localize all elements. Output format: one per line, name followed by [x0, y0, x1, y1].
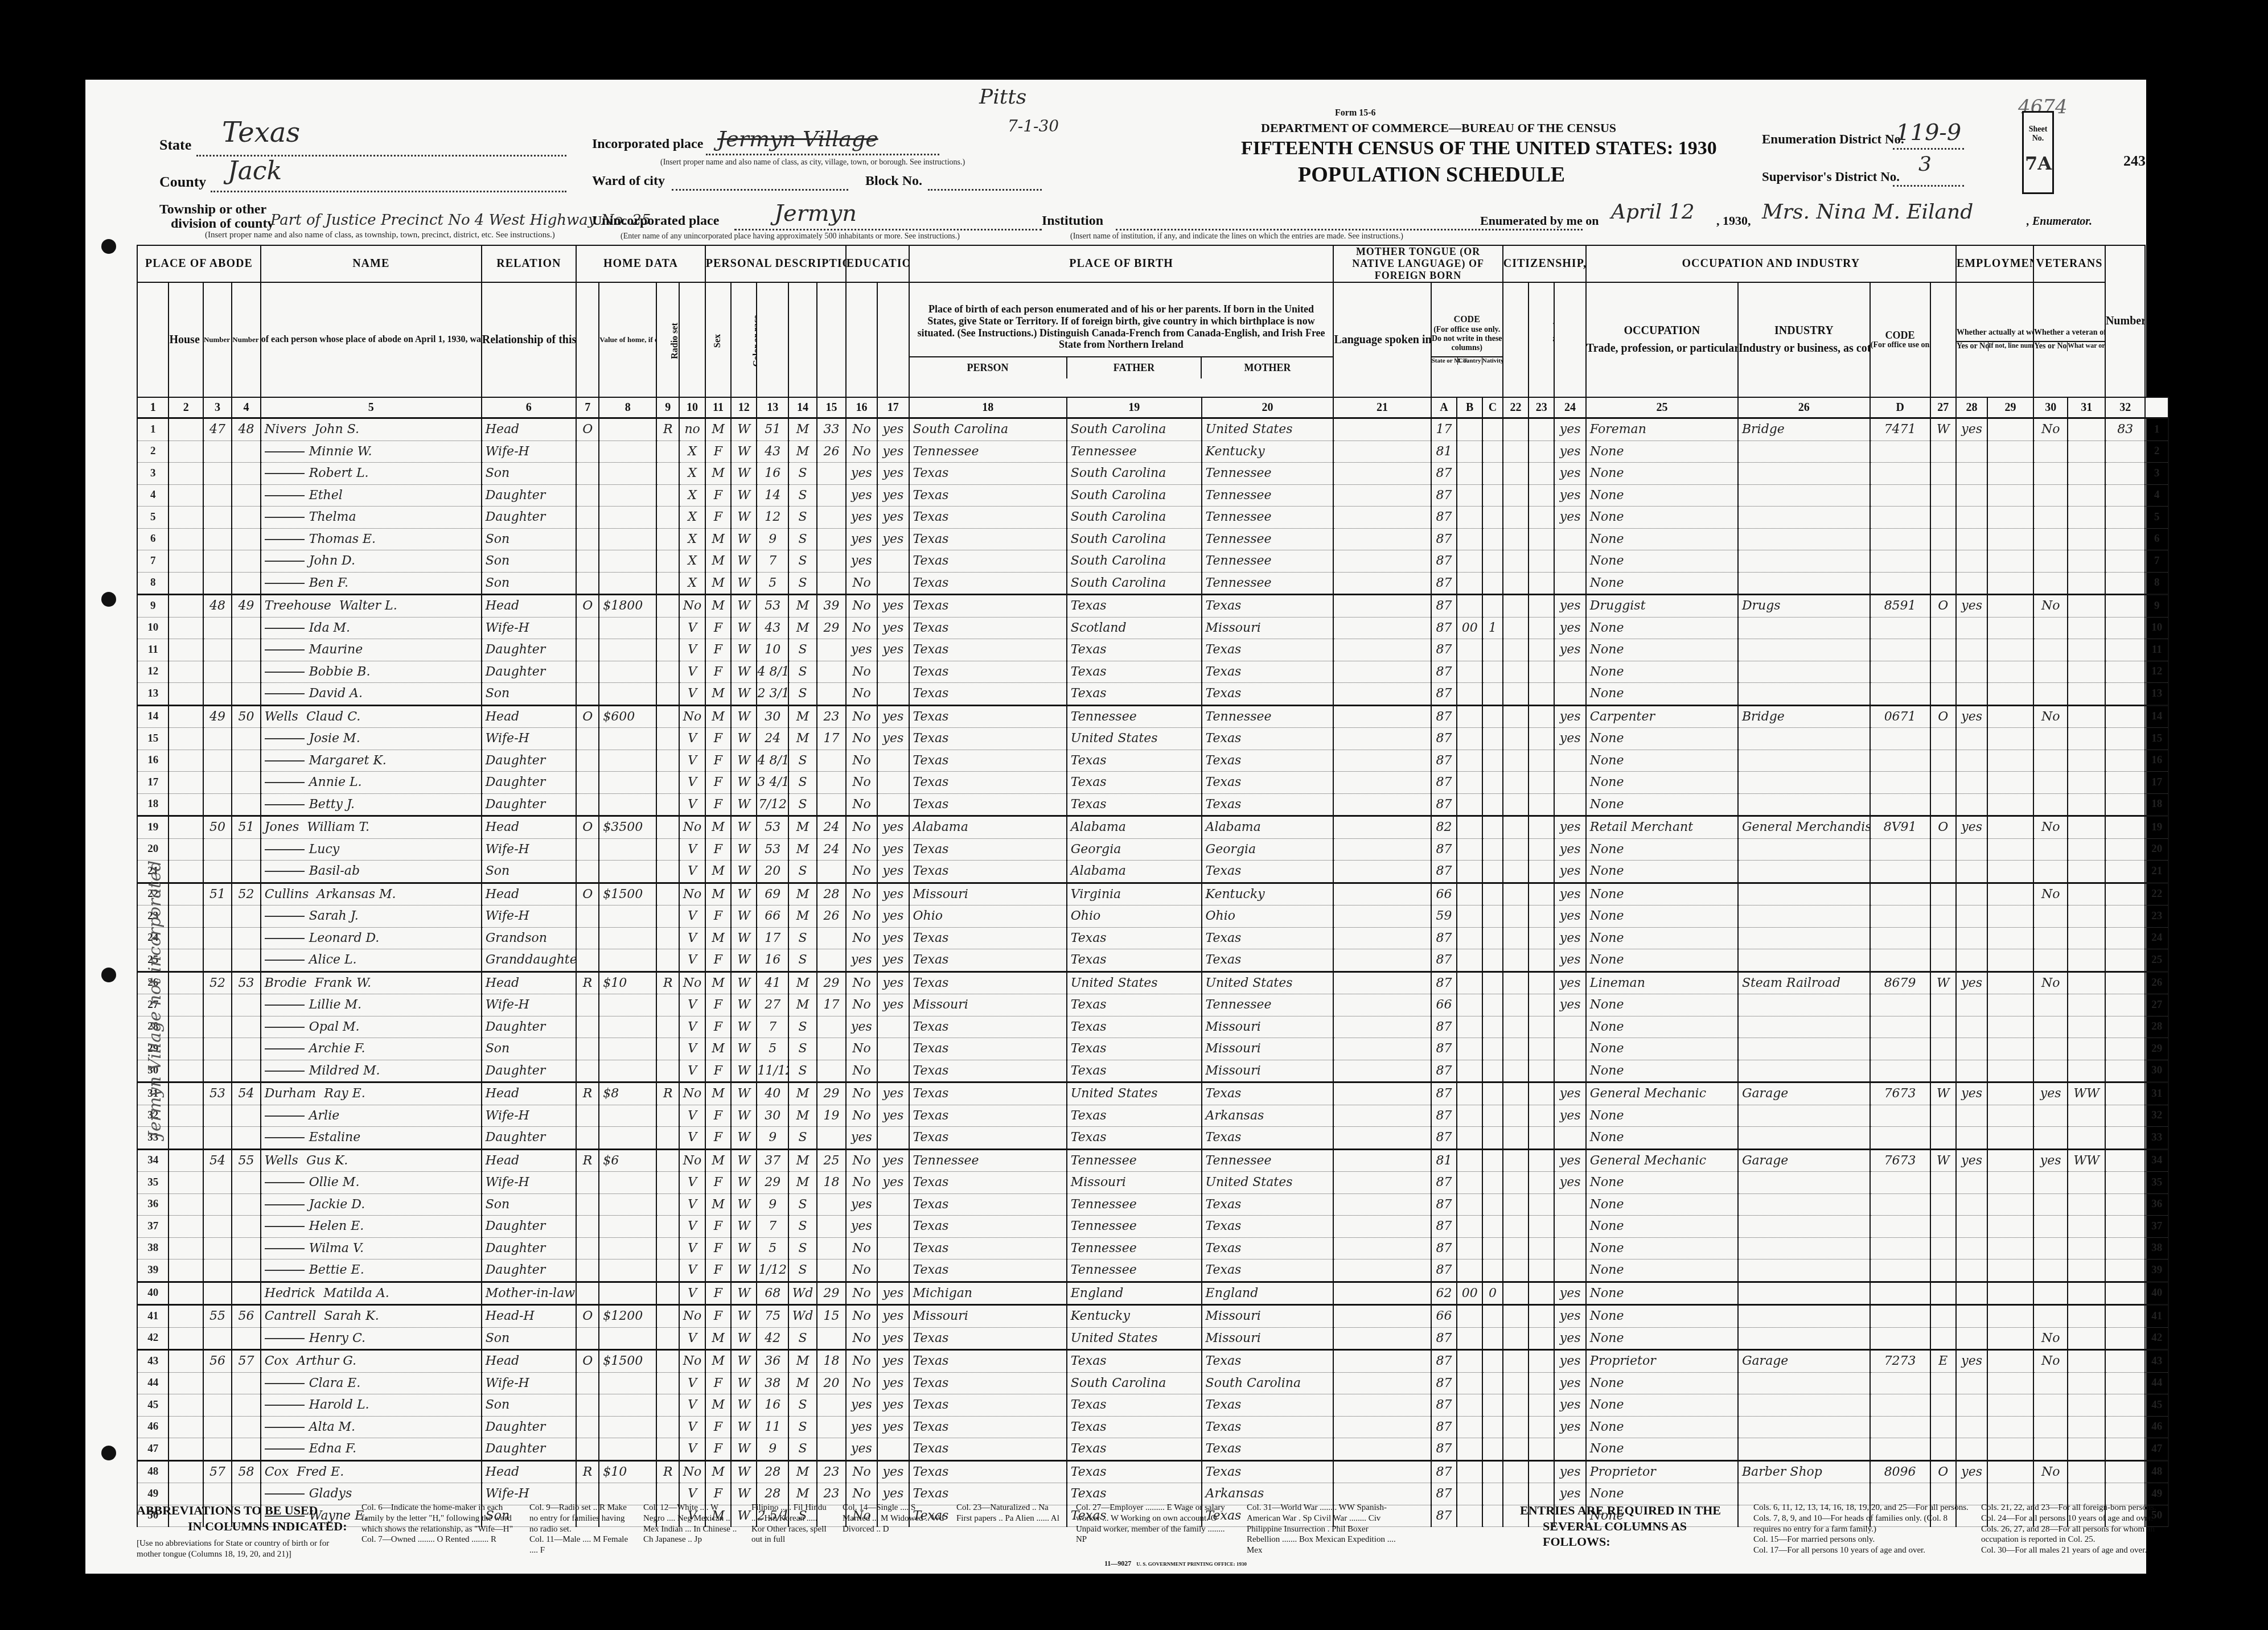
line-number-right: 28	[2145, 1016, 2168, 1038]
ditto-dash	[265, 804, 305, 805]
cell-school: yes	[846, 1416, 877, 1438]
cell-language	[1333, 617, 1431, 639]
cell-family: 54	[232, 1082, 260, 1105]
cell-industry	[1738, 994, 1870, 1016]
cell-farm: V	[679, 905, 705, 928]
cell-occupation: None	[1586, 793, 1738, 816]
cell-farm-sched	[2105, 905, 2146, 928]
cell-class	[1930, 1216, 1956, 1238]
line-number-right: 5	[2145, 507, 2168, 529]
cell-farm-sched	[2105, 1350, 2146, 1373]
cell-english: yes	[1554, 507, 1585, 529]
cell-occupation: None	[1586, 1193, 1738, 1216]
cell-pob-father: United States	[1067, 972, 1202, 994]
cell-pob-mother: Georgia	[1202, 838, 1334, 861]
cell-pob-mother: Texas	[1202, 1216, 1334, 1238]
cell-pob: Texas	[909, 1172, 1067, 1194]
cell-at-work	[1956, 528, 1987, 550]
cell-race: W	[731, 1327, 757, 1350]
cell-pob: Texas	[909, 617, 1067, 639]
cell-value	[599, 661, 656, 683]
cell-unemp	[1987, 705, 2033, 728]
cell-age-marr	[817, 528, 845, 550]
cell-class	[1930, 1038, 1956, 1060]
cell-age: 16	[757, 463, 788, 485]
cell-relation: Son	[482, 1327, 576, 1350]
cell-read	[877, 683, 909, 706]
cell-dwelling	[203, 1105, 232, 1127]
cell-at-work	[1956, 1216, 1987, 1238]
cell-value	[599, 1038, 656, 1060]
cell-race: W	[731, 1060, 757, 1082]
cell-family	[232, 1216, 260, 1238]
cell-age-marr	[817, 1038, 845, 1060]
cell-owned	[576, 1327, 599, 1350]
cell-radio	[656, 994, 679, 1016]
cell-war	[2068, 816, 2105, 839]
cell-pob-father: Texas	[1067, 661, 1202, 683]
entries-block-2: Cols. 21, 22, and 23—For all foreign-bor…	[1981, 1503, 2175, 1556]
cell-natur	[1529, 838, 1554, 861]
cell-family	[232, 1483, 260, 1505]
cell-occupation: None	[1586, 1237, 1738, 1259]
surname: Treehouse	[265, 599, 331, 613]
cell-pob: Texas	[909, 1105, 1067, 1127]
cell-school: yes	[846, 1193, 877, 1216]
cell-class	[1930, 572, 1956, 595]
cell-house	[169, 750, 203, 772]
cell-family	[232, 550, 260, 573]
given-name: Alice L.	[309, 953, 357, 967]
cell-code-d: 7673	[1870, 1149, 1930, 1172]
cell-sex: M	[705, 595, 731, 618]
cell-code-d	[1870, 1372, 1930, 1394]
cell-family	[232, 1282, 260, 1305]
cell-code-c	[1482, 1350, 1502, 1373]
ditto-dash	[265, 517, 305, 518]
column-number: D	[1870, 397, 1930, 418]
cell-war	[2068, 572, 2105, 595]
cell-relation: Daughter	[482, 1216, 576, 1238]
cell-natur	[1529, 1350, 1554, 1373]
cell-immig	[1503, 418, 1529, 441]
cell-unemp	[1987, 772, 2033, 794]
cell-value	[599, 1127, 656, 1150]
line-number-right: 38	[2145, 1237, 2168, 1259]
cell-school: No	[846, 1038, 877, 1060]
cell-owned	[576, 1483, 599, 1505]
cell-unemp	[1987, 793, 2033, 816]
cell-read: yes	[877, 1082, 909, 1105]
cell-code-c	[1482, 595, 1502, 618]
cell-industry	[1738, 528, 1870, 550]
cell-read: yes	[877, 1282, 909, 1305]
cell-farm: V	[679, 1038, 705, 1060]
cell-language	[1333, 905, 1431, 928]
cell-value: $1500	[599, 1350, 656, 1373]
cell-industry	[1738, 772, 1870, 794]
cell-natur	[1529, 1237, 1554, 1259]
given-name: Bobbie B.	[309, 665, 371, 679]
cell-farm: X	[679, 572, 705, 595]
cell-farm: V	[679, 861, 705, 883]
cell-vet	[2033, 1416, 2068, 1438]
cell-read: yes	[877, 949, 909, 972]
cell-value	[599, 994, 656, 1016]
cell-at-work	[1956, 1372, 1987, 1394]
cell-class	[1930, 1193, 1956, 1216]
abbr-col6: Col. 6—Indicate the home-maker in each f…	[361, 1503, 515, 1545]
cell-farm: No	[679, 595, 705, 618]
cell-class	[1930, 1282, 1956, 1305]
cell-english: yes	[1554, 972, 1585, 994]
cell-owned	[576, 1172, 599, 1194]
cell-vet: No	[2033, 418, 2068, 441]
cell-farm: V	[679, 1438, 705, 1461]
line-number: 36	[137, 1193, 169, 1216]
cell-war	[2068, 1016, 2105, 1038]
cell-at-work	[1956, 617, 1987, 639]
cell-farm: V	[679, 750, 705, 772]
cell-natur	[1529, 507, 1554, 529]
cell-farm: V	[679, 1327, 705, 1350]
cell-farm-sched: 83	[2105, 418, 2146, 441]
ward-line	[672, 189, 848, 191]
column-number: 18	[909, 397, 1067, 418]
cell-war	[2068, 418, 2105, 441]
cell-owned: O	[576, 418, 599, 441]
column-number: 7	[576, 397, 599, 418]
cell-radio	[656, 1305, 679, 1328]
cell-sex: M	[705, 572, 731, 595]
punch-hole	[101, 968, 116, 982]
cell-code-b	[1457, 550, 1482, 573]
cell-family	[232, 1038, 260, 1060]
cell-industry	[1738, 1237, 1870, 1259]
cell-owned	[576, 949, 599, 972]
header-read-write: Whether able to read and write	[877, 282, 909, 397]
cell-farm: V	[679, 994, 705, 1016]
cell-code-a: 87	[1431, 972, 1457, 994]
cell-occupation: None	[1586, 1038, 1738, 1060]
cell-read: yes	[877, 816, 909, 839]
given-name: Jackie D.	[309, 1197, 365, 1212]
cell-war	[2068, 883, 2105, 905]
cell-dwelling	[203, 1416, 232, 1438]
cell-marital: S	[788, 507, 817, 529]
line-number-right: 18	[2145, 793, 2168, 816]
header-age-marriage: Age at first marriage	[817, 282, 845, 397]
cell-value	[599, 507, 656, 529]
line-number-right: 13	[2145, 683, 2168, 706]
surname: Nivers	[265, 422, 307, 437]
cell-language	[1333, 463, 1431, 485]
cell-read: yes	[877, 528, 909, 550]
cell-radio	[656, 1438, 679, 1461]
cell-english	[1554, 1060, 1585, 1082]
cell-age-marr: 15	[817, 1305, 845, 1328]
cell-code-b	[1457, 1172, 1482, 1194]
cell-code-d	[1870, 572, 1930, 595]
cell-farm-sched	[2105, 1172, 2146, 1194]
cell-immig	[1503, 463, 1529, 485]
enumerator-name: Mrs. Nina M. Eiland	[1762, 200, 1973, 224]
table-row: 25Alice L.GranddaughterVFW16SyesyesTexas…	[137, 949, 2168, 972]
cell-pob: Alabama	[909, 816, 1067, 839]
cell-code-b	[1457, 772, 1482, 794]
township-note: (Insert proper name and also name of cla…	[205, 230, 555, 240]
column-number: A	[1431, 397, 1457, 418]
cell-owned	[576, 927, 599, 949]
cell-class: O	[1930, 1460, 1956, 1483]
cell-code-a: 87	[1431, 1016, 1457, 1038]
incorporated-note: (Insert proper name and also name of cla…	[660, 158, 965, 167]
cell-marital: S	[788, 528, 817, 550]
cell-dwelling: 49	[203, 705, 232, 728]
line-number: 11	[137, 639, 169, 661]
cell-language	[1333, 1460, 1431, 1483]
cell-immig	[1503, 1259, 1529, 1282]
cell-read	[877, 1438, 909, 1461]
cell-value	[599, 683, 656, 706]
cell-natur	[1529, 883, 1554, 905]
cell-age: 36	[757, 1350, 788, 1373]
abbr-col9: Col. 9—Radio set .. R Make no entry for …	[529, 1503, 629, 1556]
table-row: 13David A.SonVMW2 3/12SNoTexasTexasTexas…	[137, 683, 2168, 706]
cell-pob: Texas	[909, 1193, 1067, 1216]
schedule-title: POPULATION SCHEDULE	[1298, 162, 1565, 187]
cell-pob: Texas	[909, 1237, 1067, 1259]
cell-occupation: None	[1586, 1127, 1738, 1150]
cell-school: yes	[846, 1438, 877, 1461]
header-age: Age at last birthday	[757, 282, 788, 397]
cell-race: W	[731, 1216, 757, 1238]
header-pob-instructions: Place of birth of each person enumerated…	[909, 282, 1334, 397]
cell-english: yes	[1554, 1350, 1585, 1373]
table-row: 15Josie M.Wife-HVFW24M17NoyesTexasUnited…	[137, 728, 2168, 750]
cell-house	[169, 972, 203, 994]
cell-pob-mother: Kentucky	[1202, 441, 1334, 463]
header-naturalization: Naturalization	[1529, 282, 1554, 397]
ditto-dash	[265, 451, 305, 452]
cell-owned	[576, 1016, 599, 1038]
cell-marital: M	[788, 1483, 817, 1505]
cell-english: yes	[1554, 617, 1585, 639]
township-label-1: Township or other	[159, 202, 266, 217]
line-number: 48	[137, 1460, 169, 1483]
cell-farm-sched	[2105, 1394, 2146, 1417]
cell-war	[2068, 1350, 2105, 1373]
cell-vet: No	[2033, 595, 2068, 618]
line-number: 7	[137, 550, 169, 573]
line-number: 8	[137, 572, 169, 595]
cell-relation: Granddaughter	[482, 949, 576, 972]
person-name: John D.	[261, 550, 482, 573]
cell-farm-sched	[2105, 617, 2146, 639]
cell-farm: V	[679, 949, 705, 972]
cell-code-c	[1482, 683, 1502, 706]
cell-family	[232, 441, 260, 463]
cell-war	[2068, 1483, 2105, 1505]
cell-immig	[1503, 1372, 1529, 1394]
column-number: 27	[1930, 397, 1956, 418]
cell-code-b	[1457, 994, 1482, 1016]
cell-pob: Tennessee	[909, 441, 1067, 463]
cell-natur	[1529, 972, 1554, 994]
cell-vet	[2033, 1016, 2068, 1038]
cell-value	[599, 550, 656, 573]
cell-immig	[1503, 1016, 1529, 1038]
line-number-right: 46	[2145, 1416, 2168, 1438]
cell-age-marr	[817, 572, 845, 595]
given-name: William T.	[307, 820, 369, 834]
cell-family	[232, 484, 260, 507]
given-name: Josie M.	[309, 731, 360, 746]
cell-unemp	[1987, 463, 2033, 485]
cell-industry	[1738, 793, 1870, 816]
cell-age: 42	[757, 1327, 788, 1350]
cell-farm: X	[679, 550, 705, 573]
cell-sex: F	[705, 1416, 731, 1438]
column-number: 5	[261, 397, 482, 418]
table-row: 315354DurhamRay E.HeadR$8RNoMW40M29Noyes…	[137, 1082, 2168, 1105]
cell-value: $6	[599, 1149, 656, 1172]
cell-code-a: 66	[1431, 1305, 1457, 1328]
cell-age-marr	[817, 639, 845, 661]
cell-value	[599, 1483, 656, 1505]
cell-unemp	[1987, 1149, 2033, 1172]
cell-occupation: None	[1586, 1259, 1738, 1282]
cell-english	[1554, 1438, 1585, 1461]
cell-age-marr: 24	[817, 838, 845, 861]
line-number: 19	[137, 816, 169, 839]
cell-code-d	[1870, 838, 1930, 861]
code-note: (For office use only. Do not write in th…	[1432, 326, 1502, 353]
group-relation: RELATION	[482, 245, 576, 282]
cell-race: W	[731, 639, 757, 661]
cell-family	[232, 1060, 260, 1082]
cell-pob: Texas	[909, 728, 1067, 750]
given-name: David A.	[309, 686, 363, 701]
cell-race: W	[731, 550, 757, 573]
column-number: 3	[203, 397, 232, 418]
cell-code-d: 7673	[1870, 1082, 1930, 1105]
cell-farm: V	[679, 1016, 705, 1038]
cell-natur	[1529, 683, 1554, 706]
cell-unemp	[1987, 484, 2033, 507]
cell-immig	[1503, 994, 1529, 1016]
line-number: 17	[137, 772, 169, 794]
cell-dwelling	[203, 905, 232, 928]
cell-radio	[656, 528, 679, 550]
cell-radio	[656, 661, 679, 683]
ditto-dash	[265, 1204, 305, 1205]
cell-sex: F	[705, 661, 731, 683]
cell-code-d	[1870, 1193, 1930, 1216]
cell-relation: Wife-H	[482, 905, 576, 928]
cell-vet	[2033, 441, 2068, 463]
cell-code-b	[1457, 816, 1482, 839]
cell-house	[169, 1438, 203, 1461]
cell-marital: M	[788, 905, 817, 928]
cell-race: W	[731, 1016, 757, 1038]
abbr-col31: Col. 31—World War ........ WW Spanish-Am…	[1247, 1503, 1400, 1556]
cell-radio	[656, 639, 679, 661]
cell-class	[1930, 661, 1956, 683]
column-number: 22	[1503, 397, 1529, 418]
cell-age: 30	[757, 705, 788, 728]
cell-immig	[1503, 728, 1529, 750]
cell-age: 27	[757, 994, 788, 1016]
cell-read: yes	[877, 1149, 909, 1172]
cell-pob-father: Tennessee	[1067, 1237, 1202, 1259]
cell-race: W	[731, 927, 757, 949]
cell-code-a: 87	[1431, 1350, 1457, 1373]
cell-pob-father: Texas	[1067, 639, 1202, 661]
cell-immig	[1503, 1127, 1529, 1150]
cell-industry	[1738, 1282, 1870, 1305]
table-row: 16Margaret K.DaughterVFW4 8/12SNoTexasTe…	[137, 750, 2168, 772]
cell-school: yes	[846, 1394, 877, 1417]
cell-code-c	[1482, 1038, 1502, 1060]
cell-value	[599, 1105, 656, 1127]
cell-age: 69	[757, 883, 788, 905]
cell-unemp	[1987, 1060, 2033, 1082]
cell-code-a: 87	[1431, 1394, 1457, 1417]
occupation-title: OCCUPATION	[1587, 324, 1737, 337]
line-number-right: 42	[2145, 1327, 2168, 1350]
cell-dwelling	[203, 507, 232, 529]
cell-code-a: 87	[1431, 1060, 1457, 1082]
cell-dwelling	[203, 750, 232, 772]
cell-code-a: 87	[1431, 1105, 1457, 1127]
cell-occupation: None	[1586, 1172, 1738, 1194]
ditto-dash	[265, 1338, 305, 1339]
cell-farm: No	[679, 1305, 705, 1328]
cell-english: yes	[1554, 1394, 1585, 1417]
cell-occupation: None	[1586, 441, 1738, 463]
cell-age: 9	[757, 1438, 788, 1461]
cell-english: yes	[1554, 1483, 1585, 1505]
cell-school: No	[846, 905, 877, 928]
cell-farm: V	[679, 639, 705, 661]
cell-radio: R	[656, 418, 679, 441]
cell-owned	[576, 1105, 599, 1127]
cell-dwelling: 57	[203, 1460, 232, 1483]
cell-marital: S	[788, 750, 817, 772]
cell-radio	[656, 838, 679, 861]
cell-read: yes	[877, 1327, 909, 1350]
cell-pob-father: Scotland	[1067, 617, 1202, 639]
cell-unemp	[1987, 1305, 2033, 1328]
cell-sex: F	[705, 1105, 731, 1127]
cell-vet	[2033, 661, 2068, 683]
cell-family	[232, 661, 260, 683]
cell-house	[169, 484, 203, 507]
cell-school: No	[846, 972, 877, 994]
cell-marital: M	[788, 617, 817, 639]
cell-class	[1930, 1416, 1956, 1438]
cell-unemp	[1987, 1438, 2033, 1461]
cell-age-marr	[817, 793, 845, 816]
cell-pob: Texas	[909, 528, 1067, 550]
cell-farm: V	[679, 1105, 705, 1127]
cell-value	[599, 463, 656, 485]
cell-pob: Ohio	[909, 905, 1067, 928]
ditto-dash	[265, 1048, 305, 1049]
cell-marital: S	[788, 1127, 817, 1150]
cell-sex: F	[705, 484, 731, 507]
